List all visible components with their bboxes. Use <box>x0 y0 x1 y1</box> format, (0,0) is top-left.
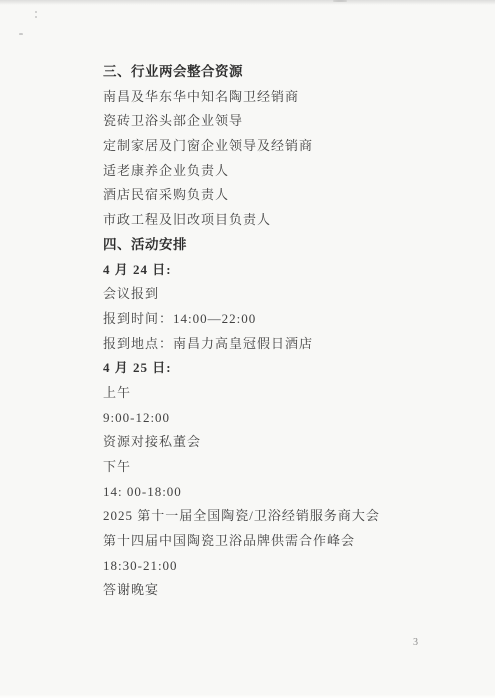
schedule-line: 第十四届中国陶瓷卫浴品牌供需合作峰会 <box>103 529 380 554</box>
page-number: 3 <box>413 637 418 649</box>
section3-item: 酒店民宿采购负责人 <box>103 183 380 208</box>
section3-item: 市政工程及旧改项目负责人 <box>103 208 380 233</box>
scan-artifact <box>333 0 347 2</box>
schedule-line: 2025 第十一届全国陶瓷/卫浴经销服务商大会 <box>103 504 380 529</box>
schedule-line: 答谢晚宴 <box>103 578 380 603</box>
section3-item: 瓷砖卫浴头部企业领导 <box>103 109 380 134</box>
scan-artifact <box>19 33 23 35</box>
document-content: 三、行业两会整合资源 南昌及华东华中知名陶卫经销商 瓷砖卫浴头部企业领导 定制家… <box>103 60 380 603</box>
schedule-line: 资源对接私董会 <box>103 430 380 455</box>
scan-artifact <box>35 11 37 13</box>
scan-edge-highlight <box>0 694 495 698</box>
section3-item: 适老康养企业负责人 <box>103 159 380 184</box>
schedule-line: 会议报到 <box>103 282 380 307</box>
schedule-date-line: 4 月 24 日: <box>103 258 380 283</box>
document-page: 三、行业两会整合资源 南昌及华东华中知名陶卫经销商 瓷砖卫浴头部企业领导 定制家… <box>0 0 495 698</box>
scan-edge-shadow <box>0 0 495 5</box>
schedule-line: 14: 00-18:00 <box>103 480 380 505</box>
section4-heading: 四、活动安排 <box>103 233 380 258</box>
section3-item: 南昌及华东华中知名陶卫经销商 <box>103 85 380 110</box>
schedule-date-line: 4 月 25 日: <box>103 356 380 381</box>
schedule-line: 报到地点：南昌力高皇冠假日酒店 <box>103 332 380 357</box>
schedule-line: 9:00-12:00 <box>103 406 380 431</box>
section3-item: 定制家居及门窗企业领导及经销商 <box>103 134 380 159</box>
section3-heading: 三、行业两会整合资源 <box>103 60 380 85</box>
schedule-line: 报到时间：14:00—22:00 <box>103 307 380 332</box>
schedule-line: 上午 <box>103 381 380 406</box>
schedule-line: 18:30-21:00 <box>103 554 380 579</box>
schedule-line: 下午 <box>103 455 380 480</box>
